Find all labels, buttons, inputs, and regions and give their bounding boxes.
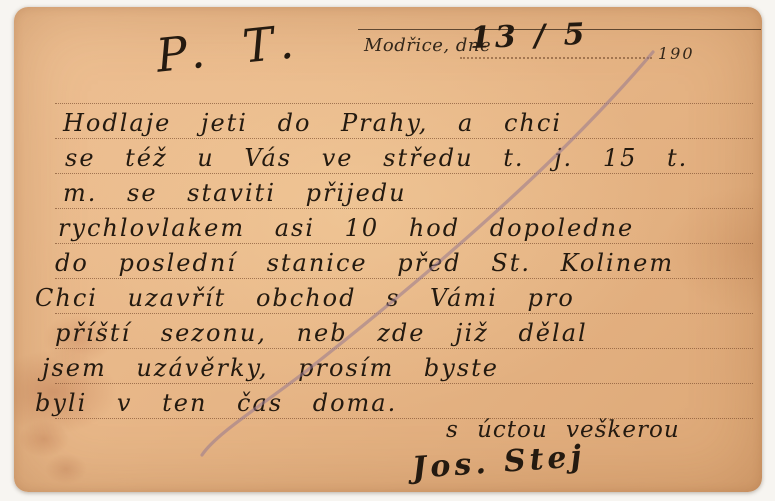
handwritten-line: příští sezonu, neb zde již dělal: [55, 316, 588, 350]
dateline-year-prefix: 190: [658, 44, 695, 63]
handwritten-line: Chci uzavřít obchod s Vámi pro: [35, 281, 575, 315]
handwritten-line: rychlovlakem asi 10 hod dopoledne: [58, 211, 634, 245]
handwritten-line: byli v ten čas doma.: [35, 386, 397, 420]
handwritten-line: Hodlaje jeti do Prahy, a chci: [63, 106, 562, 140]
closing-line: s úctou veškerou: [446, 417, 680, 443]
handwritten-line: jsem uzávěrky, prosím byste: [42, 351, 499, 385]
handwritten-line: do poslední stanice před St. Kolinem: [55, 246, 674, 280]
scanned-postcard-image: Modřice, dne 13 / 5 190 P. T. Hodlaje je…: [0, 0, 775, 501]
ruled-line: [55, 103, 753, 104]
handwritten-line: se též u Vás ve středu t. j. 15 t.: [65, 141, 688, 175]
handwritten-date: 13 / 5: [469, 17, 589, 56]
salutation-pt: P. T.: [154, 13, 308, 82]
postcard-paper: Modřice, dne 13 / 5 190 P. T. Hodlaje je…: [14, 7, 762, 492]
signature: Jos. Stej: [411, 439, 586, 486]
dateline-dotted-leader: [460, 57, 652, 59]
handwritten-line: m. se staviti přijedu: [63, 176, 407, 210]
